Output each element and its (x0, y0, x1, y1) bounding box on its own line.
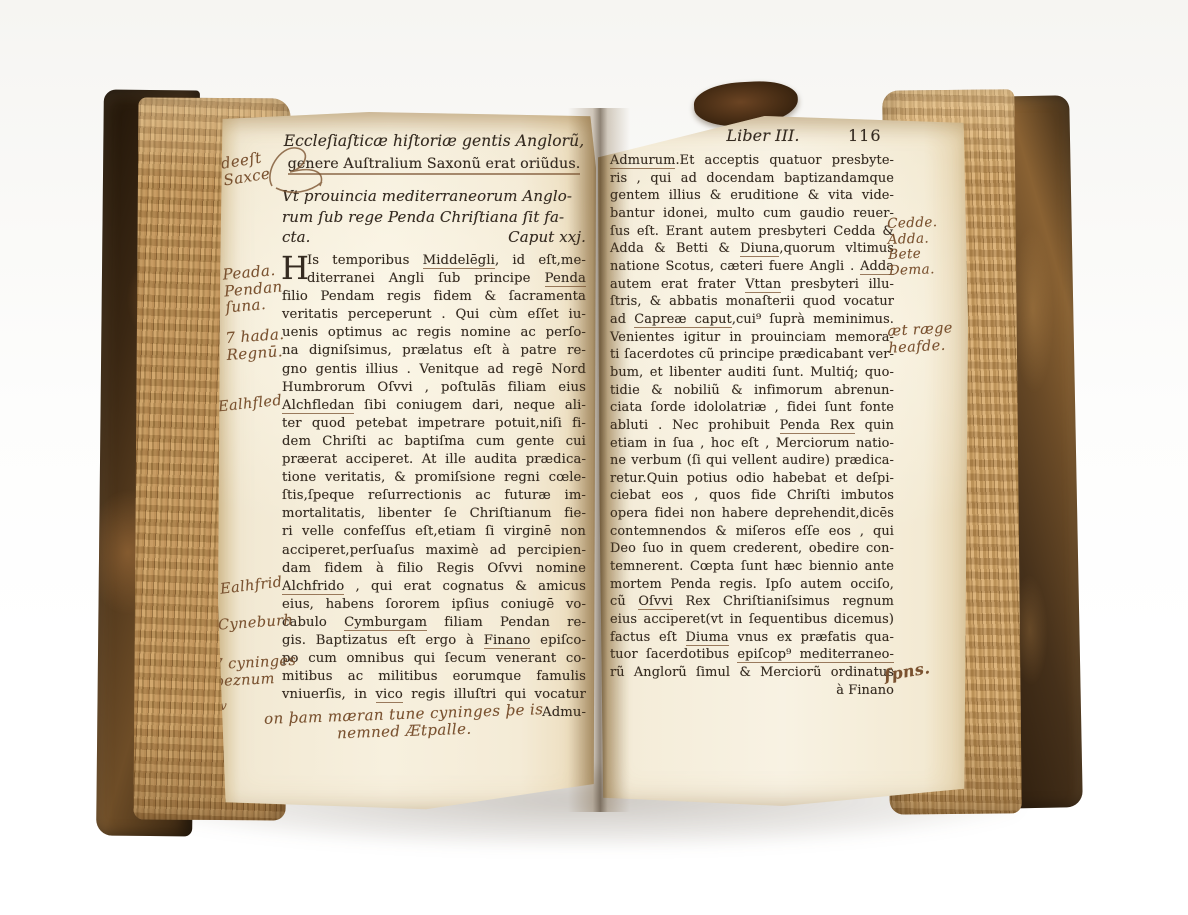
photo-background: Eccleſiaſticæ hiſtoriæ gentis Anglorũ, g… (0, 0, 1188, 915)
text-line: autem erat frater Vttan presbyteri illu- (610, 276, 894, 294)
text-line: præerat acciperet. At ille audita prædic… (282, 451, 586, 469)
ink-flourish-icon (262, 142, 328, 202)
text-line: bum, et libenter auditi ſunt. Multiq́; q… (610, 364, 894, 382)
text-line: cabulo Cymburgam filiam Pendan re- (282, 614, 586, 632)
text-line: opera fidei non habere deprehendit,dicēs (610, 505, 894, 523)
text-line: ne verbum (ſi qui vellent audire) prædic… (610, 452, 894, 470)
text-line: gno gentis illius . Venitque ad regē Nor… (282, 361, 586, 379)
text-line: eius, habens ſororem ipſius coniugē vo- (282, 596, 586, 614)
margin-note-peada: Peada. Pendan ſuna. (222, 262, 285, 316)
text-line: rũ Anglorũ ſimul & Merciorũ ordinatus (610, 664, 894, 682)
text-line: ſtis,ſpeque reſurrectionis ac futuræ im- (282, 487, 586, 505)
text-line: Venientes igitur in prouinciam memora- (610, 329, 894, 347)
text-line: ad Capreæ caput,cui⁹ ſuprà meminimus. (610, 311, 894, 329)
margin-note-hada-regnum: 7 hada. Regnū. (225, 326, 286, 363)
text-line: Adda & Betti & Diuna,quorum vltimus (610, 240, 894, 258)
text-line: ter quod petebat impetrare potuit,niſi f… (282, 415, 586, 433)
text-line: dem Chriſti ac baptiſma cum gente cui (282, 433, 586, 451)
text-line: eius acciperet(vt in ſequentibus dicemus… (610, 611, 894, 629)
margin-note-spns: ſpns. (883, 660, 931, 684)
margin-note-raege-heafde: æt ræge heafde. (887, 320, 954, 356)
left-page: Eccleſiaſticæ hiſtoriæ gentis Anglorũ, g… (218, 112, 596, 812)
margin-note-ealhfled: Ealhfled (217, 393, 283, 416)
text-line: Deo ſuo in quem crederent, obedire con- (610, 540, 894, 558)
text-line: ciebat eos , quos fide Chriſti imbutos (610, 487, 894, 505)
margin-note-ealhfrid: Ealhfrid (219, 574, 283, 598)
text-line: na digniſsimus, prælatus eſt à patre re- (282, 342, 586, 360)
text-line: etiam in ſua , hoc eſt , Merciorum natio… (610, 435, 894, 453)
text-line: po cum omnibus qui ſecum venerant co- (282, 650, 586, 668)
underlined-text: genere Auſtralium Saxonũ erat oriũdus. (288, 156, 581, 175)
text-line: bantur idonei, multo cum gaudio reuer- (610, 205, 894, 223)
text-line: veritatis perceperunt . Qui cùm eſſet iu… (282, 306, 586, 324)
text-line: ti ſacerdotes cũ principe prædicabant ve… (610, 346, 894, 364)
page-number: 116 (848, 126, 882, 145)
text-line: mortalitatis, libenter ſe Chriſtianum fi… (282, 505, 586, 523)
text-line: mortem Penda regis. Ipſo autem occiſo, (610, 576, 894, 594)
text-line: mitibus ac militibus eorumque famulis (282, 668, 586, 686)
text-line: temnerent. Cœpta ſunt hæc biennio ante (610, 558, 894, 576)
text-line: à Finano (610, 682, 894, 700)
text-line: factus eſt Diuma vnus ex præfatis qua- (610, 629, 894, 647)
text-line: tidie & nobiliũ & infimorum abrenun- (610, 382, 894, 400)
text-line: diterranei Angli ſub principe Penda (282, 270, 586, 288)
text-line: ſus eſt. Erant autem presbyteri Cedda & (610, 223, 894, 241)
text-line: gis. Baptizatus eſt ergo à Finano epiſco… (282, 632, 586, 650)
text-line: Admurum.Et acceptis quatuor presbyte- (610, 152, 894, 170)
text-line: cũ Oſvvi Rex Chriſtianiſsimus regnum (610, 593, 894, 611)
text-line: acciperet,perſuaſus maximè ad percipien- (282, 542, 586, 560)
text-line: uenis optimus ac regis nomine ac perſo- (282, 324, 586, 342)
text-line: ſtris, & abbatis monaſterii quod vocatur (610, 293, 894, 311)
right-page: Liber III. 116 Admurum.Et acceptis quatu… (598, 116, 968, 806)
text-line: ris , qui ad docendam baptizandamque (610, 170, 894, 188)
text-line: natione Scotus, cæteri fuere Angli . Add… (610, 258, 894, 276)
text-line: contemnendos & miſeros eſſe eos , qui (610, 523, 894, 541)
margin-note-cyninges-thegnum: 7 cyninges þeznum (213, 653, 297, 690)
caput-number: Caput xxj. (508, 227, 586, 248)
chapter-heading-line: cta. Caput xxj. (282, 227, 586, 248)
text-line: ri velle confeſſus eſt,etiam ſi virginē … (282, 523, 586, 541)
right-body-text: Admurum.Et acceptis quatuor presbyte-ris… (610, 152, 894, 699)
text-line: tuor ſacerdotibus epiſcop⁹ mediterraneo- (610, 646, 894, 664)
margin-note-priest-names: Cedde. Adda. Bete Dema. (887, 215, 939, 279)
text-line: Humbrorum Oſvvi , poſtulās filiam eius (282, 379, 586, 397)
left-body-text: Is temporibus Middelēgli, id eſt,me-dite… (282, 252, 586, 722)
text-line: ciata ſorde idololatriæ , fidei ſunt fon… (610, 399, 894, 417)
text-line: dam fidem à filio Regis Oſvvi nomine (282, 560, 586, 578)
chapter-heading-line: rum ſub rege Penda Chriſtiana ſit fa- (282, 207, 586, 228)
text-line: tione veritatis, & promiſsione regni cœl… (282, 469, 586, 487)
text-line: Alchfrido , qui erat cognatus & amicus (282, 578, 586, 596)
text-line: abluti . Nec prohibuit Penda Rex quin (610, 417, 894, 435)
text-line: filio Pendam regis fidem & ſacramenta (282, 288, 586, 306)
book-title-liber: Liber III. (698, 126, 828, 145)
text-line: Is temporibus Middelēgli, id eſt,me- (282, 252, 586, 270)
chapter-heading-end: cta. (282, 227, 311, 248)
text-line: retur.Quin potius odio habebat et deſpi- (610, 470, 894, 488)
text-line: Alchfledan ſibi coniugem dari, neque ali… (282, 397, 586, 415)
text-line: gentem illius & eruditione & vita vide- (610, 187, 894, 205)
